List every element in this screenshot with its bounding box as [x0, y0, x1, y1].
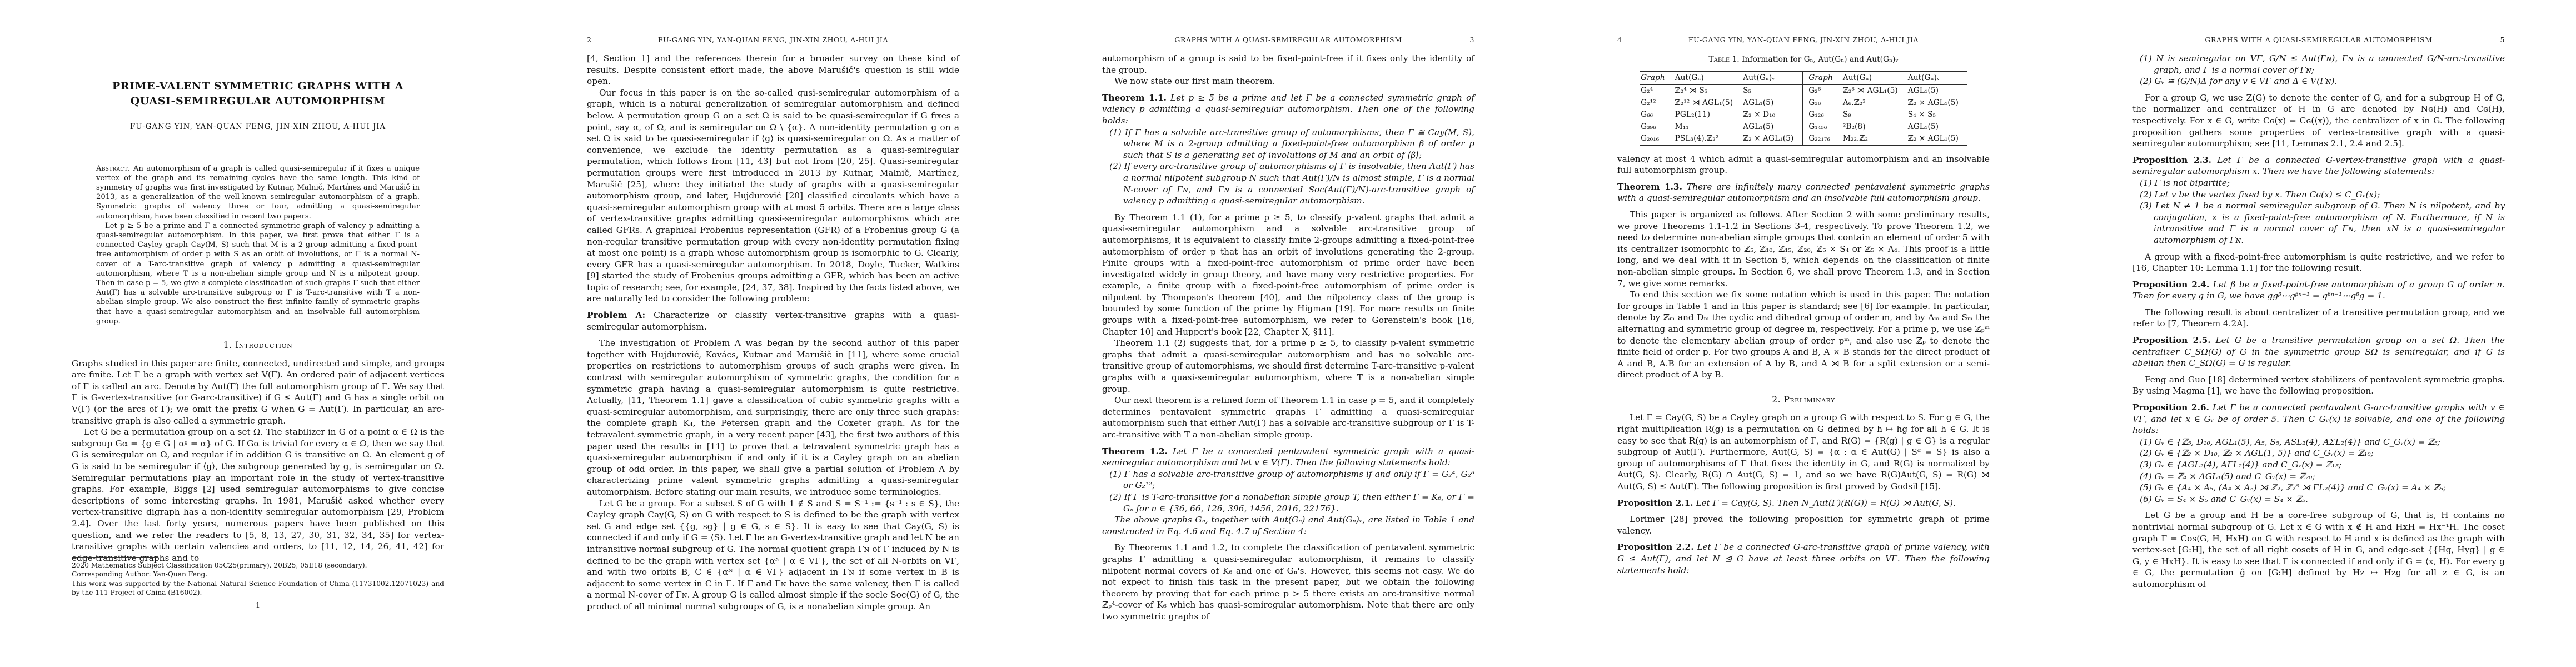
footnote-block: 2020 Mathematics Subject Classification … [72, 557, 444, 598]
paragraph: By Theorems 1.1 and 1.2, to complete the… [1102, 542, 1474, 622]
table-row: G₂¹² ℤ₂¹² ⋊ AGL₁(5) AGL₁(5) G₃₆ A₆.ℤ₂² ℤ… [1640, 97, 1967, 109]
running-header: 2 FU-GANG YIN, YAN-QUAN FENG, JIN-XIN ZH… [587, 36, 959, 46]
abstract: Abstract. An automorphism of a graph is … [72, 164, 444, 326]
page-2: 2 FU-GANG YIN, YAN-QUAN FENG, JIN-XIN ZH… [515, 0, 1030, 667]
paragraph: To end this section we fix some notation… [1617, 289, 1990, 381]
page-1-content: PRIME-VALENT SYMMETRIC GRAPHS WITH A QUA… [72, 79, 444, 564]
cell-autv: S₄ × S₅ [1907, 109, 1967, 121]
cell-autv: AGL₁(5) [1907, 85, 1967, 97]
proposition-2-6-item-2: (2) Gᵥ ∈ {ℤ₂ × D₁₀, ℤ₂ × AGL(1, 5)} and … [2132, 447, 2505, 459]
paper-title: PRIME-VALENT SYMMETRIC GRAPHS WITH A QUA… [72, 79, 444, 109]
proposition-2-6-item-1: (1) Gᵥ ∈ {ℤ₅, D₁₀, AGL₁(5), A₅, S₅, ASL₂… [2132, 436, 2505, 448]
running-header-title: FU-GANG YIN, YAN-QUAN FENG, JIN-XIN ZHOU… [1617, 36, 1990, 44]
footnote-funding: This work was supported by the National … [72, 579, 444, 598]
cell-autv: ℤ₂ × D₁₀ [1742, 109, 1803, 121]
page-5: GRAPHS WITH A QUASI-SEMIREGULAR AUTOMORP… [2061, 0, 2576, 667]
proposition-2-3-statement: Proposition 2.3. Let Γ be a connected G-… [2132, 155, 2505, 177]
cell-aut: ℤ₂⁸ ⋊ AGL₁(5) [1842, 85, 1907, 97]
cell-aut: ℤ₂¹² ⋊ AGL₁(5) [1674, 97, 1742, 109]
proposition-2-6-item-4: (4) Gᵥ = ℤ₄ × AGL₁(5) and C_Gᵥ(x) = ℤ₂₀; [2132, 471, 2505, 482]
theorem-1-1-item-1: (1) If Γ has a solvable arc-transitive g… [1102, 127, 1474, 161]
abstract-paragraph-2: Let p ≥ 5 be a prime and Γ a connected s… [96, 221, 420, 326]
theorem-1-2-label: Theorem 1.2. [1102, 446, 1168, 456]
table-1-caption: Table 1. Information for Gₙ, Aut(Gₙ) and… [1617, 54, 1990, 66]
running-header-title: GRAPHS WITH A QUASI-SEMIREGULAR AUTOMORP… [1102, 36, 1474, 44]
theorem-1-2-item-2: (2) If Γ is T-arc-transitive for a nonab… [1102, 491, 1474, 514]
paragraph: valency at most 4 which admit a quasi-se… [1617, 153, 1990, 176]
paragraph: [4, Section 1] and the references therei… [587, 53, 959, 87]
cell-graph: G₆₆ [1640, 109, 1674, 121]
proposition-2-3-item-2: (2) Let v be the vertex fixed by x. Then… [2132, 189, 2505, 201]
table-1: Graph Aut(Gₙ) Aut(Gₙ)ᵥ Graph Aut(Gₙ) Aut… [1640, 71, 1967, 146]
problem-a: Problem A: Characterize or classify vert… [587, 310, 959, 332]
proposition-2-3-item-3: (3) Let N ≠ 1 be a normal semiregular su… [2132, 200, 2505, 246]
page-2-content: [4, Section 1] and the references therei… [587, 53, 959, 613]
page-number-5: 5 [2500, 36, 2505, 44]
abstract-text-1: An automorphism of a graph is called qua… [96, 165, 420, 221]
paragraph: By Theorem 1.1 (1), for a prime p ≥ 5, t… [1102, 212, 1474, 338]
proposition-2-5-label: Proposition 2.5. [2132, 335, 2211, 345]
abstract-paragraph-1: Abstract. An automorphism of a graph is … [96, 164, 420, 221]
theorem-1-1-label: Theorem 1.1. [1102, 93, 1167, 103]
cell-graph: G₂⁴ [1640, 85, 1674, 97]
cell-autv: AGL₁(5) [1907, 121, 1967, 133]
page-3-content: automorphism of a group is said to be fi… [1102, 53, 1474, 623]
proposition-2-4: Proposition 2.4. Let β be a fixed-point-… [2132, 279, 2505, 302]
paragraph: Feng and Guo [18] determined vertex stab… [2132, 374, 2505, 397]
proposition-2-6-statement: Proposition 2.6. Let Γ be a connected pe… [2132, 402, 2505, 436]
paragraph: A group with a fixed-point-free automorp… [2132, 251, 2505, 274]
theorem-1-1: Theorem 1.1. Let p ≥ 5 be a prime and le… [1102, 92, 1474, 207]
cell-autv: AGL₁(5) [1742, 121, 1803, 133]
paragraph: Let G be a permutation group on a set Ω.… [72, 426, 444, 564]
proposition-2-6-item-6: (6) Gᵥ = S₄ × S₅ and C_Gᵥ(x) = S₄ × ℤ₅. [2132, 494, 2505, 505]
authors-line: FU-GANG YIN, YAN-QUAN FENG, JIN-XIN ZHOU… [72, 121, 444, 133]
table-row: G₂⁴ ℤ₂⁴ ⋊ S₅ S₅ G₂⁸ ℤ₂⁸ ⋊ AGL₁(5) AGL₁(5… [1640, 85, 1967, 97]
table-1-caption-text: Information for Gₙ, Aut(Gₙ) and Aut(Gₙ)ᵥ [1742, 55, 1899, 64]
running-header: GRAPHS WITH A QUASI-SEMIREGULAR AUTOMORP… [1102, 36, 1474, 46]
cell-aut: PSL₃(4).ℤ₂² [1674, 133, 1742, 145]
theorem-1-2-item-1: (1) Γ has a solvable arc-transitive grou… [1102, 469, 1474, 491]
column-header: Aut(Gₙ) [1842, 71, 1907, 85]
proposition-2-2-item-2: (2) Gᵥ ≅ (G/N)Δ for any v ∈ VΓ and Δ ∈ V… [2132, 76, 2505, 87]
proposition-2-2: Proposition 2.2. Let Γ be a connected G-… [1617, 541, 1990, 576]
proposition-2-6: Proposition 2.6. Let Γ be a connected pe… [2132, 402, 2505, 505]
theorem-1-2: Theorem 1.2. Let Γ be a connected pentav… [1102, 446, 1474, 537]
cell-graph: G₁₂₆ [1803, 109, 1842, 121]
running-header: 4 FU-GANG YIN, YAN-QUAN FENG, JIN-XIN ZH… [1617, 36, 1990, 46]
paragraph: The investigation of Problem A was began… [587, 337, 959, 497]
proposition-2-1-text: Let Γ = Cay(G, S). Then N_Aut(Γ)(R(G)) =… [1696, 498, 1955, 508]
section-heading-introduction: 1. Introduction [72, 340, 444, 351]
table-row: G₂₀₁₆ PSL₃(4).ℤ₂² ℤ₂ × AGL₁(5) G₂₂₁₇₆ M₂… [1640, 133, 1967, 145]
proposition-2-6-item-3: (3) Gᵥ ∈ {AGL₂(4), AΓL₂(4)} and C_Gᵥ(x) … [2132, 459, 2505, 471]
paragraph: For a group G, we use Z(G) to denote the… [2132, 92, 2505, 150]
paragraph: Theorem 1.1 (2) suggests that, for a pri… [1102, 337, 1474, 395]
cell-graph: G₂₀₁₆ [1640, 133, 1674, 145]
running-header-title: GRAPHS WITH A QUASI-SEMIREGULAR AUTOMORP… [2132, 36, 2505, 44]
proposition-2-3-item-1: (1) Γ is not bipartite; [2132, 177, 2505, 189]
problem-a-label: Problem A: [587, 310, 645, 320]
theorem-1-3: Theorem 1.3. There are infinitely many c… [1617, 181, 1990, 204]
cell-aut: ℤ₂⁴ ⋊ S₅ [1674, 85, 1742, 97]
paragraph: Graphs studied in this paper are finite,… [72, 358, 444, 427]
proposition-2-2-item-1: (1) N is semiregular on VΓ, G/N ≤ Aut(Γɴ… [2132, 53, 2505, 76]
proposition-2-3-label: Proposition 2.3. [2132, 155, 2211, 165]
cell-aut: A₆.ℤ₂² [1842, 97, 1907, 109]
footnote-msc: 2020 Mathematics Subject Classification … [72, 561, 444, 570]
proposition-2-3: Proposition 2.3. Let Γ be a connected G-… [2132, 155, 2505, 246]
paragraph: The following result is about centralize… [2132, 307, 2505, 330]
table-row: G₃₉₆ M₁₁ AGL₁(5) G₁₄₅₆ ²B₂(8) AGL₁(5) [1640, 121, 1967, 133]
paragraph: Let G be a group and H be a core-free su… [2132, 510, 2505, 590]
cell-aut: ²B₂(8) [1842, 121, 1907, 133]
paragraph: We now state our first main theorem. [1102, 76, 1474, 87]
running-header-title: FU-GANG YIN, YAN-QUAN FENG, JIN-XIN ZHOU… [587, 36, 959, 44]
cell-aut: M₁₁ [1674, 121, 1742, 133]
cell-autv: ℤ₂ × AGL₁(5) [1907, 97, 1967, 109]
theorem-1-1-item-2: (2) If every arc-transitive group of aut… [1102, 161, 1474, 206]
paragraph: Our focus in this paper is on the so-cal… [587, 87, 959, 305]
proposition-2-6-item-5: (5) Gᵥ ∈ {A₄ × A₅, (A₄ × A₅) ⋊ ℤ₂, ℤ₂⁶ ⋊… [2132, 482, 2505, 494]
page-1: PRIME-VALENT SYMMETRIC GRAPHS WITH A QUA… [0, 0, 515, 667]
paper-title-line1: PRIME-VALENT SYMMETRIC GRAPHS WITH A [72, 79, 444, 94]
page-3: GRAPHS WITH A QUASI-SEMIREGULAR AUTOMORP… [1030, 0, 1546, 667]
paragraph: This paper is organized as follows. Afte… [1617, 209, 1990, 289]
footnote-corresponding-author: Corresponding Author: Yan-Quan Feng. [72, 570, 444, 579]
cell-autv: ℤ₂ × AGL₁(5) [1742, 133, 1803, 145]
cell-aut: M₂₂.ℤ₂ [1842, 133, 1907, 145]
section-heading-preliminary: 2. Preliminary [1617, 394, 1990, 406]
proposition-2-1-label: Proposition 2.1. [1617, 498, 1693, 508]
table-1-caption-label: Table 1. [1708, 55, 1739, 64]
cell-aut: PGL₂(11) [1674, 109, 1742, 121]
proposition-2-2-label: Proposition 2.2. [1617, 542, 1694, 552]
cell-graph: G₂¹² [1640, 97, 1674, 109]
paper-title-line2: QUASI-SEMIREGULAR AUTOMORPHISM [72, 94, 444, 109]
proposition-2-6-label: Proposition 2.6. [2132, 402, 2209, 412]
page-4-content: Table 1. Information for Gₙ, Aut(Gₙ) and… [1617, 53, 1990, 581]
table-header-row: Graph Aut(Gₙ) Aut(Gₙ)ᵥ Graph Aut(Gₙ) Aut… [1640, 71, 1967, 85]
table-row: G₆₆ PGL₂(11) ℤ₂ × D₁₀ G₁₂₆ S₉ S₄ × S₅ [1640, 109, 1967, 121]
page-number-1: 1 [72, 601, 444, 610]
column-header: Graph [1803, 71, 1842, 85]
abstract-label: Abstract. [96, 165, 130, 173]
proposition-2-5: Proposition 2.5. Let G be a transitive p… [2132, 335, 2505, 369]
theorem-1-2-statement: Theorem 1.2. Let Γ be a connected pentav… [1102, 446, 1474, 469]
paragraph: Our next theorem is a refined form of Th… [1102, 395, 1474, 440]
cell-autv: AGL₁(5) [1742, 97, 1803, 109]
page-4: 4 FU-GANG YIN, YAN-QUAN FENG, JIN-XIN ZH… [1546, 0, 2061, 667]
cell-graph: G₃₉₆ [1640, 121, 1674, 133]
column-header: Aut(Gₙ)ᵥ [1742, 71, 1803, 85]
theorem-1-3-label: Theorem 1.3. [1617, 182, 1682, 192]
column-header: Aut(Gₙ) [1674, 71, 1742, 85]
cell-aut: S₉ [1842, 109, 1907, 121]
cell-autv: ℤ₂ × AGL₁(5) [1907, 133, 1967, 145]
theorem-1-1-statement: Theorem 1.1. Let p ≥ 5 be a prime and le… [1102, 92, 1474, 127]
page-5-content: (1) N is semiregular on VΓ, G/N ≤ Aut(Γɴ… [2132, 53, 2505, 590]
paragraph: Let Γ = Cay(G, S) be a Cayley graph on a… [1617, 412, 1990, 492]
paragraph: Lorimer [28] proved the following propos… [1617, 514, 1990, 536]
footnote-rule [72, 557, 158, 558]
proposition-2-2-items: (1) N is semiregular on VΓ, G/N ≤ Aut(Γɴ… [2132, 53, 2505, 87]
cell-graph: G₃₆ [1803, 97, 1842, 109]
column-header: Graph [1640, 71, 1674, 85]
cell-graph: G₂⁸ [1803, 85, 1842, 97]
theorem-1-2-tail: The above graphs Gₙ, together with Aut(G… [1102, 514, 1474, 537]
proposition-2-1: Proposition 2.1. Let Γ = Cay(G, S). Then… [1617, 497, 1990, 509]
proposition-2-4-label: Proposition 2.4. [2132, 280, 2209, 290]
cell-graph: G₂₂₁₇₆ [1803, 133, 1842, 145]
paragraph: automorphism of a group is said to be fi… [1102, 53, 1474, 76]
running-header: GRAPHS WITH A QUASI-SEMIREGULAR AUTOMORP… [2132, 36, 2505, 46]
paragraph: Let G be a group. For a subset S of G wi… [587, 498, 959, 613]
document-canvas: arXiv:2107.14479v1 [math.CO] 30 Jul 2021… [0, 0, 2576, 667]
table-1-block: Table 1. Information for Gₙ, Aut(Gₙ) and… [1617, 54, 1990, 146]
page-number-3: 3 [1469, 36, 1474, 44]
cell-graph: G₁₄₅₆ [1803, 121, 1842, 133]
cell-autv: S₅ [1742, 85, 1803, 97]
column-header: Aut(Gₙ)ᵥ [1907, 71, 1967, 85]
